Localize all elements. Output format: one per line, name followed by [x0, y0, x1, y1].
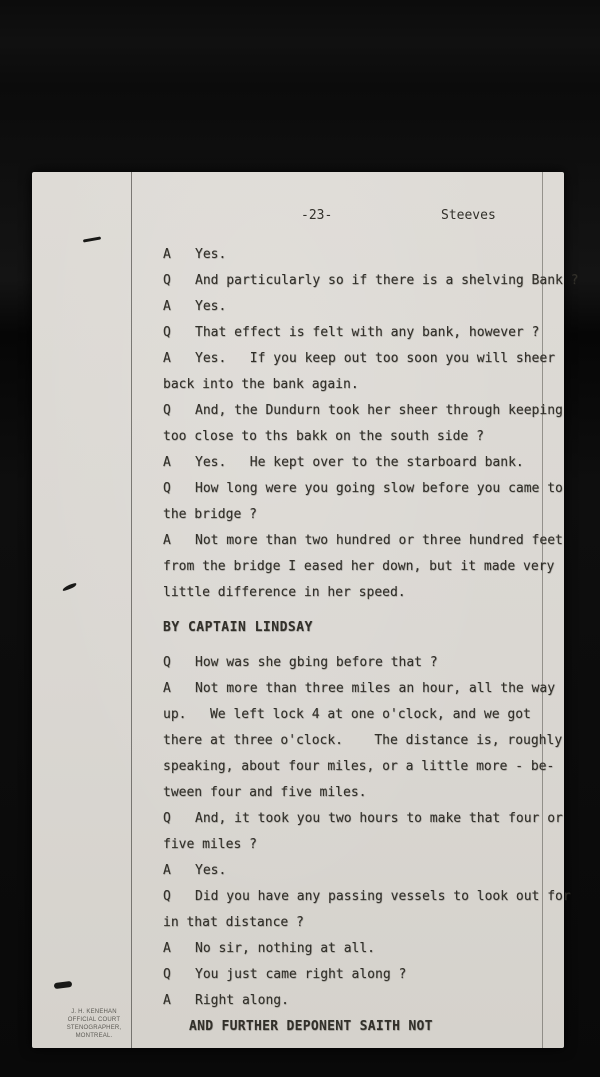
- speaker-label: Q: [163, 476, 195, 502]
- transcript-body: AYes.QAnd particularly so if there is a …: [163, 242, 567, 1040]
- transcript-line: ARight along.: [163, 988, 567, 1014]
- line-text: back into the bank again.: [163, 377, 359, 392]
- line-text: there at three o'clock. The distance is,…: [163, 733, 562, 748]
- examiner-heading: BY CAPTAIN LINDSAY: [163, 615, 567, 641]
- transcript-line: five miles ?: [163, 832, 567, 858]
- stenographer-title: OFFICIAL COURT STENOGRAPHER,: [42, 1016, 146, 1032]
- line-text: How long were you going slow before you …: [195, 481, 563, 496]
- transcript-line: tween four and five miles.: [163, 780, 567, 806]
- line-text: Yes.: [195, 299, 226, 314]
- transcript-line: AYes. If you keep out too soon you will …: [163, 346, 567, 372]
- transcript-line: QAnd particularly so if there is a shelv…: [163, 268, 567, 294]
- speaker-label: A: [163, 676, 195, 702]
- closing-statement: AND FURTHER DEPONENT SAITH NOT: [163, 1014, 567, 1040]
- line-text: tween four and five miles.: [163, 785, 367, 800]
- speaker-label: Q: [163, 320, 195, 346]
- line-text: You just came right along ?: [195, 967, 406, 982]
- speaker-label: A: [163, 346, 195, 372]
- transcript-line: QThat effect is felt with any bank, howe…: [163, 320, 567, 346]
- stenographer-stamp: J. H. KENEHAN OFFICIAL COURT STENOGRAPHE…: [42, 1008, 146, 1040]
- transcript-line: QHow long were you going slow before you…: [163, 476, 567, 502]
- speaker-label: A: [163, 242, 195, 268]
- line-text: That effect is felt with any bank, howev…: [195, 325, 539, 340]
- transcript-line: from the bridge I eased her down, but it…: [163, 554, 567, 580]
- line-text: Yes. He kept over to the starboard bank.: [195, 455, 524, 470]
- line-text: Right along.: [195, 993, 289, 1008]
- transcript-line: the bridge ?: [163, 502, 567, 528]
- speaker-label: A: [163, 858, 195, 884]
- transcript-line: little difference in her speed.: [163, 580, 567, 606]
- line-text: And particularly so if there is a shelvi…: [195, 273, 579, 288]
- line-text: from the bridge I eased her down, but it…: [163, 559, 554, 574]
- transcript-line: too close to ths bakk on the south side …: [163, 424, 567, 450]
- transcript-line: up. We left lock 4 at one o'clock, and w…: [163, 702, 567, 728]
- transcript-line: ANot more than three miles an hour, all …: [163, 676, 567, 702]
- line-text: five miles ?: [163, 837, 257, 852]
- transcript-line: AYes.: [163, 242, 567, 268]
- transcript-line: AYes. He kept over to the starboard bank…: [163, 450, 567, 476]
- line-text: little difference in her speed.: [163, 585, 406, 600]
- speaker-label: Q: [163, 884, 195, 910]
- line-text: up. We left lock 4 at one o'clock, and w…: [163, 707, 531, 722]
- speaker-label: A: [163, 988, 195, 1014]
- page-number: -23-: [301, 208, 332, 223]
- document-page: -23- Steeves AYes.QAnd particularly so i…: [32, 172, 564, 1048]
- transcript-line: speaking, about four miles, or a little …: [163, 754, 567, 780]
- transcript-line: AYes.: [163, 294, 567, 320]
- stenographer-name: J. H. KENEHAN: [42, 1008, 146, 1016]
- line-text: And, it took you two hours to make that …: [195, 811, 563, 826]
- line-text: speaking, about four miles, or a little …: [163, 759, 554, 774]
- left-margin-rule: [131, 172, 132, 1048]
- speaker-label: A: [163, 936, 195, 962]
- stenographer-city: MONTREAL.: [42, 1032, 146, 1040]
- line-text: No sir, nothing at all.: [195, 941, 375, 956]
- speaker-label: A: [163, 528, 195, 554]
- speaker-label: Q: [163, 650, 195, 676]
- line-text: And, the Dundurn took her sheer through …: [195, 403, 563, 418]
- speaker-label: Q: [163, 806, 195, 832]
- line-text: Did you have any passing vessels to look…: [195, 889, 571, 904]
- line-text: Not more than two hundred or three hundr…: [195, 533, 563, 548]
- line-text: in that distance ?: [163, 915, 304, 930]
- speaker-label: Q: [163, 268, 195, 294]
- speaker-label: A: [163, 450, 195, 476]
- line-text: Not more than three miles an hour, all t…: [195, 681, 555, 696]
- transcript-line: in that distance ?: [163, 910, 567, 936]
- transcript-line: QAnd, the Dundurn took her sheer through…: [163, 398, 567, 424]
- page-header: -23- Steeves: [32, 208, 564, 226]
- speaker-label: A: [163, 294, 195, 320]
- transcript-line: back into the bank again.: [163, 372, 567, 398]
- line-text: too close to ths bakk on the south side …: [163, 429, 484, 444]
- transcript-line: ANot more than two hundred or three hund…: [163, 528, 567, 554]
- witness-name: Steeves: [441, 208, 496, 223]
- line-text: Yes.: [195, 247, 226, 262]
- line-text: the bridge ?: [163, 507, 257, 522]
- transcript-line: QYou just came right along ?: [163, 962, 567, 988]
- transcript-line: there at three o'clock. The distance is,…: [163, 728, 567, 754]
- transcript-line: AYes.: [163, 858, 567, 884]
- line-text: How was she gbing before that ?: [195, 655, 438, 670]
- line-text: Yes. If you keep out too soon you will s…: [195, 351, 555, 366]
- transcript-line: QHow was she gbing before that ?: [163, 650, 567, 676]
- transcript-line: QAnd, it took you two hours to make that…: [163, 806, 567, 832]
- line-text: BY CAPTAIN LINDSAY: [163, 620, 313, 635]
- line-text: Yes.: [195, 863, 226, 878]
- speaker-label: Q: [163, 398, 195, 424]
- transcript-line: ANo sir, nothing at all.: [163, 936, 567, 962]
- transcript-line: QDid you have any passing vessels to loo…: [163, 884, 567, 910]
- speaker-label: Q: [163, 962, 195, 988]
- line-text: AND FURTHER DEPONENT SAITH NOT: [189, 1019, 433, 1034]
